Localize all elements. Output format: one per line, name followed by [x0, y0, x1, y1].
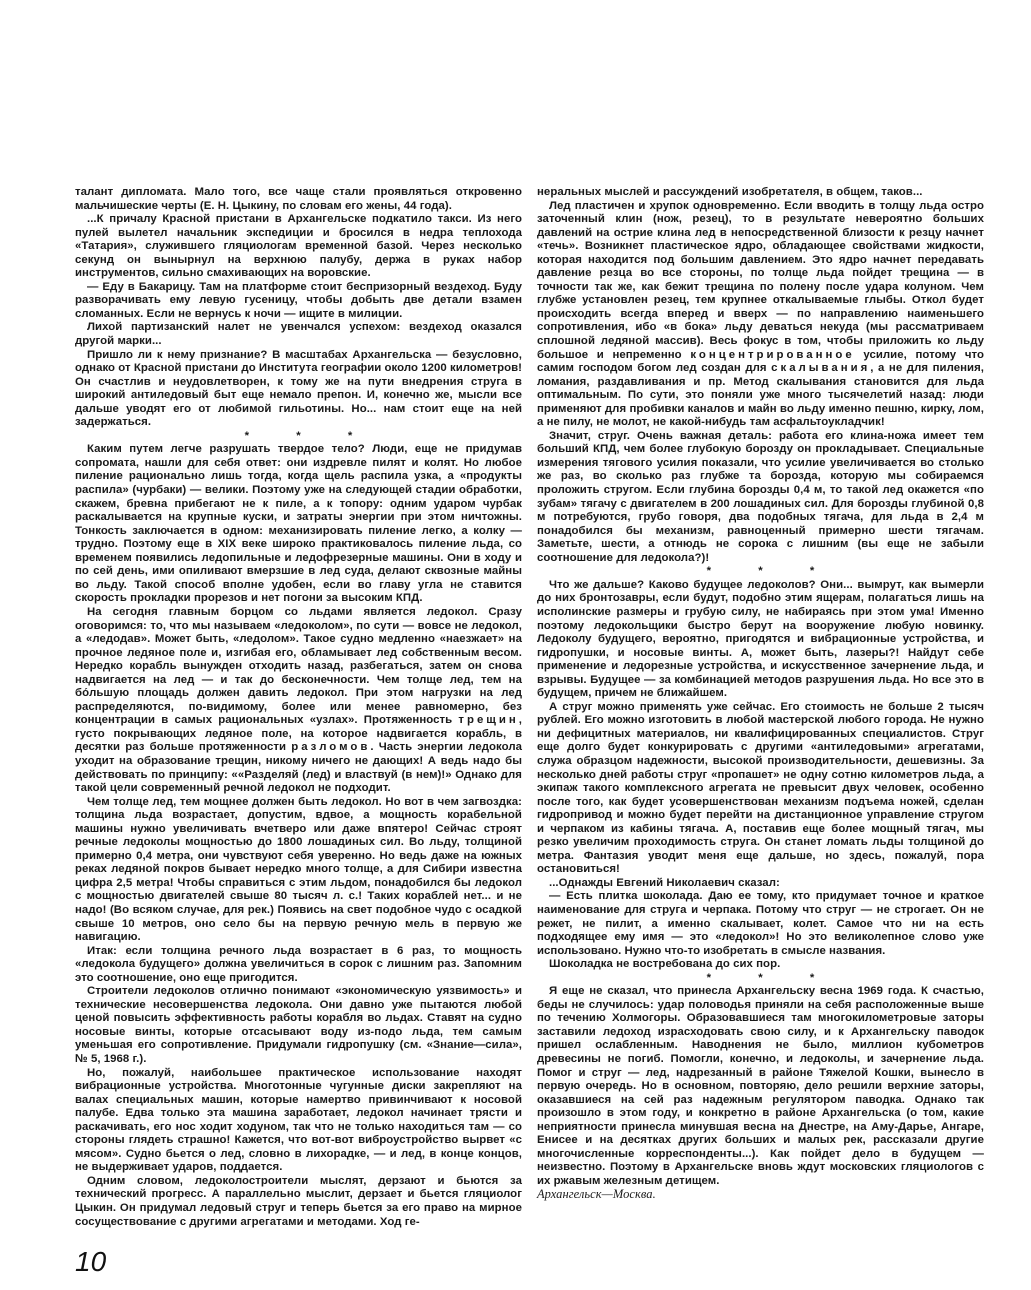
emphasized-word: разломов	[291, 741, 370, 753]
paragraph: Я еще не сказал, что принесла Архангельс…	[537, 985, 984, 1188]
right-column: неральных мыслей и рассуждений изобретат…	[537, 186, 984, 1202]
paragraph: На сегодня главным борцом со льдами явля…	[75, 606, 522, 796]
emphasized-word: концентрированное	[690, 349, 854, 361]
paragraph: Что же дальше? Каково будущее ледоколов?…	[537, 579, 984, 701]
paragraph: Значит, струг. Очень важная деталь: рабо…	[537, 430, 984, 565]
paragraph: — Еду в Бакарицу. Там на платформе стоит…	[75, 281, 522, 322]
text-run: Лед пластичен и хрупок одновременно. Есл…	[537, 200, 984, 361]
paragraph: талант дипломата. Мало того, все чаще ст…	[75, 186, 522, 213]
paragraph: Пришло ли к нему признание? В масштабах …	[75, 349, 522, 430]
paragraph: Чем толще лед, тем мощнее должен быть ле…	[75, 796, 522, 945]
paragraph: неральных мыслей и рассуждений изобретат…	[537, 186, 984, 200]
text-run: На сегодня главным борцом со льдами явля…	[75, 606, 522, 726]
section-separator: * * *	[75, 430, 522, 444]
paragraph: Лед пластичен и хрупок одновременно. Есл…	[537, 200, 984, 430]
left-column: талант дипломата. Мало того, все чаще ст…	[75, 186, 522, 1229]
paragraph: Но, пожалуй, наибольшее практическое исп…	[75, 1067, 522, 1175]
paragraph: ...Однажды Евгений Николаевич сказал:	[537, 877, 984, 891]
paragraph: Каким путем легче разрушать твердое тело…	[75, 443, 522, 606]
paragraph: А струг можно применять уже сейчас. Его …	[537, 701, 984, 877]
paragraph: — Есть плитка шоколада. Даю ее тому, кто…	[537, 890, 984, 958]
section-separator: * * *	[537, 565, 984, 579]
page-number: 10	[75, 1247, 106, 1277]
article-signature: Архангельск—Москва.	[537, 1188, 984, 1202]
emphasized-word: скалывания	[771, 362, 870, 374]
emphasized-word: трещин	[458, 714, 518, 726]
magazine-page: талант дипломата. Мало того, все чаще ст…	[0, 0, 1031, 1290]
paragraph: Одним словом, ледоколостроители мыслят, …	[75, 1175, 522, 1229]
paragraph: ...К причалу Красной пристани в Архангел…	[75, 213, 522, 281]
paragraph: Шоколадка не востребована до сих пор.	[537, 958, 984, 972]
paragraph: Строители ледоколов отлично понимают «эк…	[75, 985, 522, 1066]
section-separator: * * *	[537, 972, 984, 986]
paragraph: Лихой партизанский налет не увенчался ус…	[75, 321, 522, 348]
paragraph: Итак: если толщина речного льда возраста…	[75, 945, 522, 986]
